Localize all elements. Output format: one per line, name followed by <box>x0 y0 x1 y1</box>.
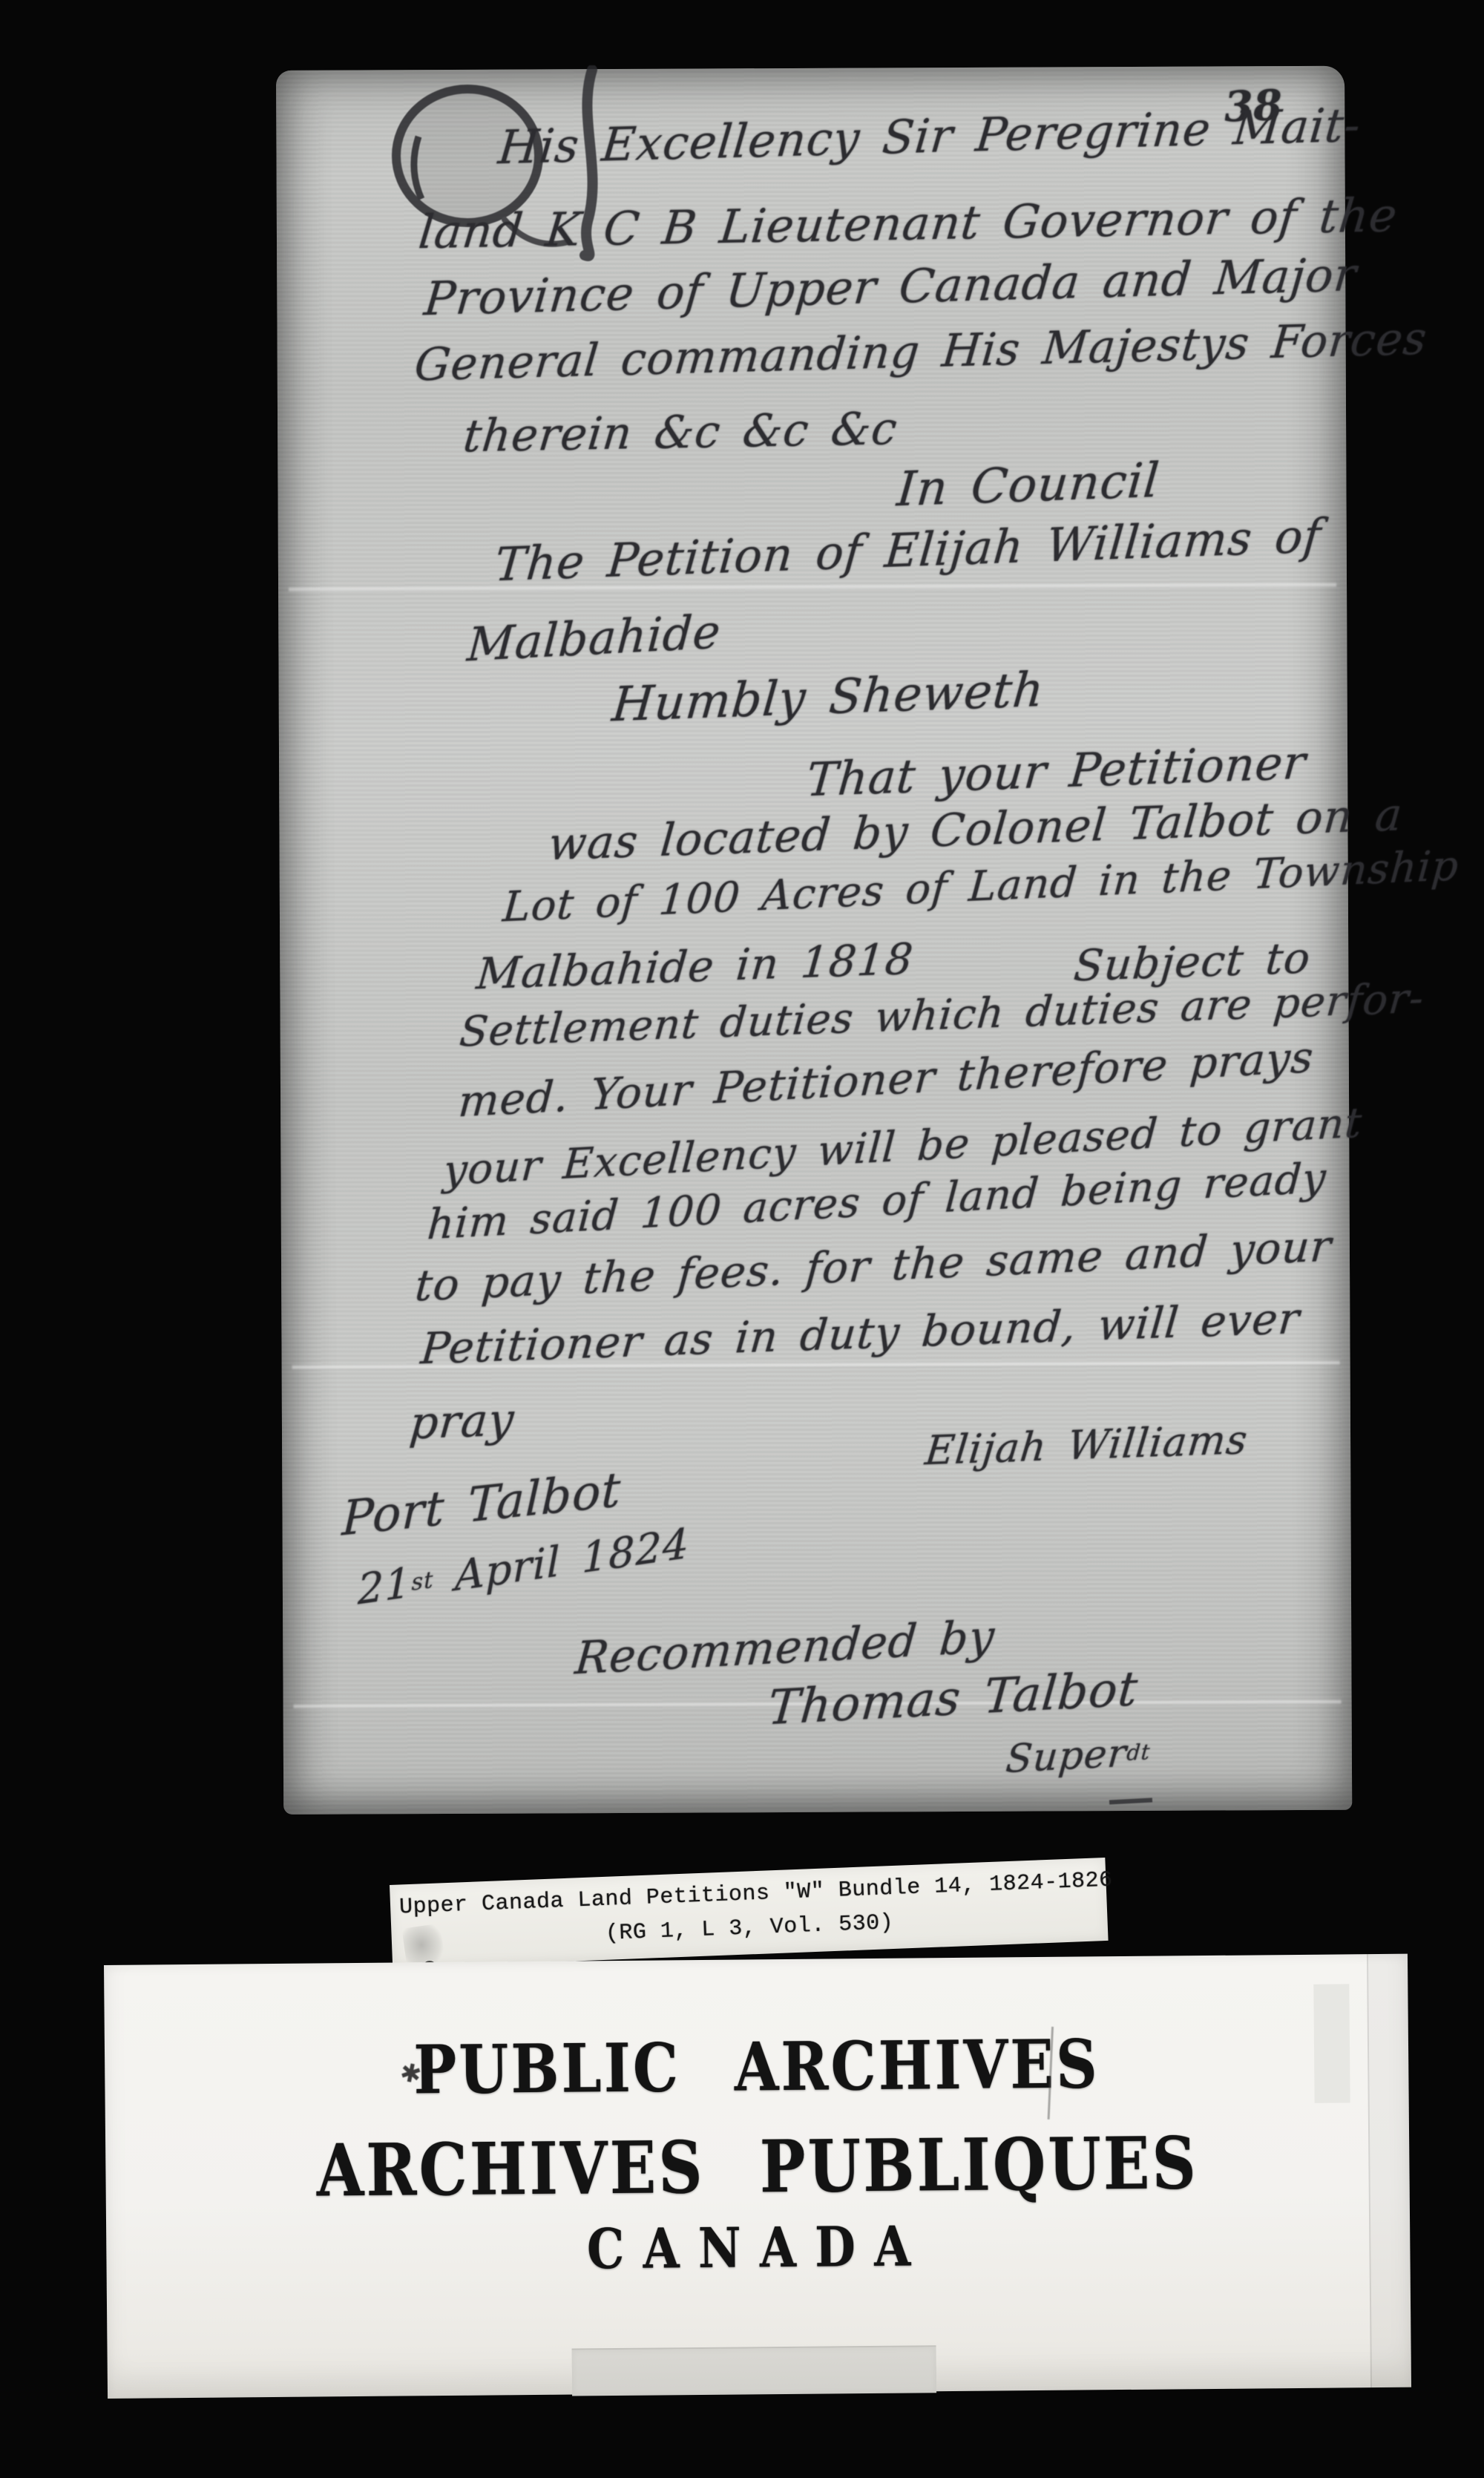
archival-scan-page: 38 His Excellency Sir Peregrine Mait- la… <box>0 0 1484 2478</box>
recommender-title-sup: dt <box>1126 1739 1152 1766</box>
petitioner-signature: Elijah Williams <box>923 1420 1250 1471</box>
recommender-title-base: Super <box>1004 1731 1129 1782</box>
bottom-tab <box>572 2345 937 2396</box>
stamp-line-canada: CANADA <box>204 2216 1313 2281</box>
date-day: 21 <box>358 1558 412 1615</box>
stamp-line-archives-publiques: ARCHIVES PUBLIQUES <box>203 2127 1312 2208</box>
petition-line: In Council <box>895 457 1161 514</box>
petition-line: pray <box>408 1397 516 1446</box>
sheet-edge-shadow <box>1367 1954 1411 2387</box>
recommender-title: Superdt <box>1004 1733 1152 1780</box>
reference-label-card: Upper Canada Land Petitions "W" Bundle 1… <box>390 1858 1109 1968</box>
petition-line: Humbly Sheweth <box>610 666 1045 730</box>
petition-line: therein &c &c &c <box>462 407 900 459</box>
stamp-line-public-archives: PUBLIC ARCHIVES <box>203 2029 1311 2105</box>
petition-line: Malbahide <box>466 609 723 668</box>
paper-crease <box>289 582 1336 593</box>
date-ordinal: st <box>412 1566 434 1596</box>
corner-shade <box>1313 1984 1350 2102</box>
archives-stamp-card: ✱ PUBLIC ARCHIVES ARCHIVES PUBLIQUES CAN… <box>104 1954 1411 2399</box>
